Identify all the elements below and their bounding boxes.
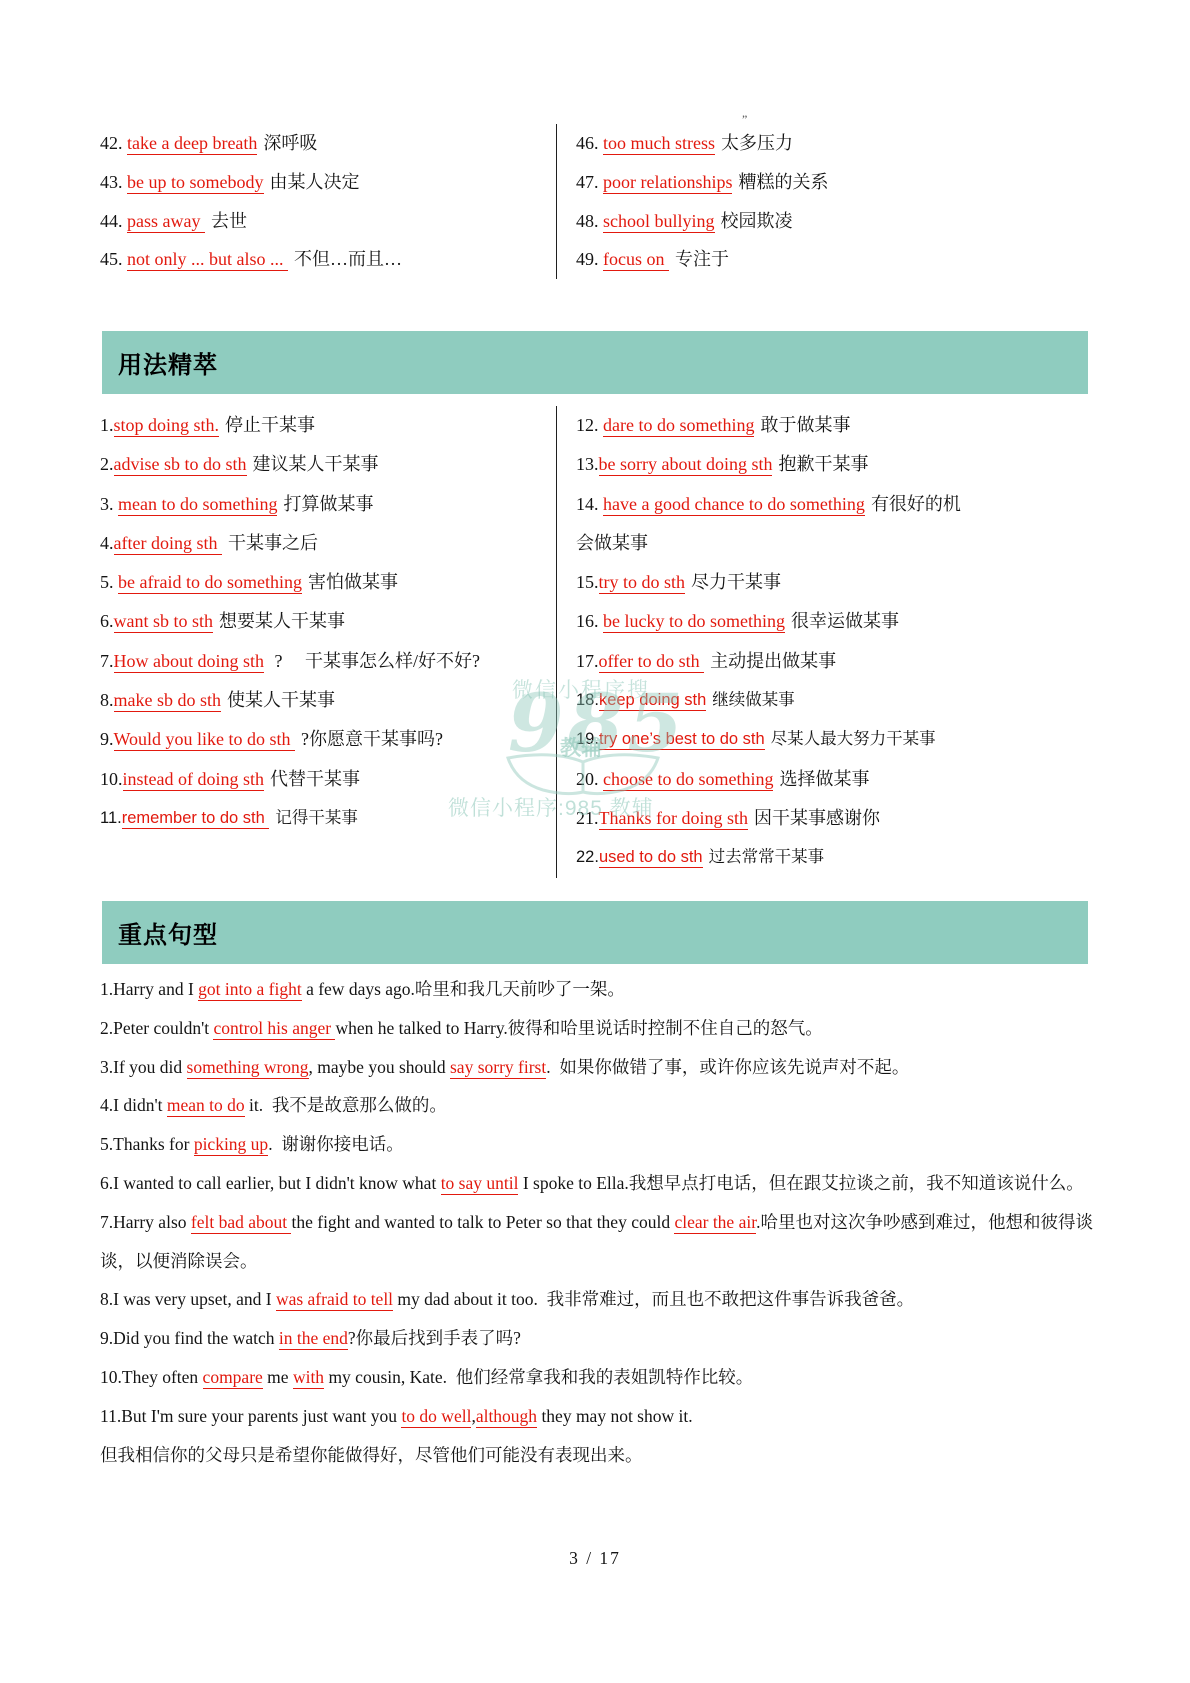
phrase-chinese: 选择做某事 (779, 769, 869, 789)
highlighted-phrase: although (476, 1406, 537, 1428)
phrase-english: too much stress (603, 133, 715, 155)
sentence-text: ?你最后找到手表了吗? (348, 1328, 521, 1348)
item-number: 6. (100, 611, 114, 631)
phrase-chinese: 因干某事感谢你 (754, 808, 880, 828)
phrase-english: pass away (127, 211, 205, 233)
sentence-text: my dad about it too. 我非常难过，而且也不敢把这件事告诉我爸… (393, 1289, 914, 1309)
phrase-chinese: 很幸运做某事 (791, 611, 899, 631)
item-number: 43. (100, 172, 127, 192)
phrase-english: be sorry about doing sth (599, 454, 773, 476)
sentence-text: the fight and wanted to talk to Peter so… (291, 1212, 674, 1232)
phrase-chinese: 害怕做某事 (308, 572, 398, 592)
phrase-english: instead of doing sth (123, 769, 265, 791)
phrase-english: dare to do something (603, 415, 754, 437)
phrase-english: not only ... but also ... (127, 249, 288, 271)
sentence-text: 11.But I'm sure your parents just want y… (100, 1406, 401, 1426)
phrase-chinese: 代替干某事 (270, 769, 360, 789)
sentence-text: 10.They often (100, 1367, 203, 1387)
phrase-chinese: 主动提出做某事 (710, 651, 836, 671)
highlighted-phrase: mean to do (167, 1095, 245, 1117)
item-number: 45. (100, 249, 127, 269)
usage-item: 21.Thanks for doing sth因干某事感谢你 (576, 799, 1092, 838)
sentence-text: when he talked to Harry.彼得和哈里说话时控制不住自己的怒… (335, 1018, 822, 1038)
phrase-chinese: 太多压力 (721, 133, 793, 153)
phrase-col-right: 46. too much stress太多压力47. poor relation… (556, 124, 1092, 279)
item-number: 44. (100, 211, 127, 231)
usage-item: 12. dare to do something敢于做某事 (576, 406, 1092, 445)
phrase-english: offer to do sth (599, 651, 705, 673)
sentence-text: , maybe you should (309, 1057, 450, 1077)
phrase-english: focus on (603, 249, 669, 271)
usage-item: 6.want sb to sth想要某人干某事 (100, 602, 556, 641)
sentence: 但我相信你的父母只是希望你能做得好，尽管他们可能没有表现出来。 (100, 1436, 1102, 1475)
phrase-english: remember to do sth (122, 809, 270, 829)
usage-item: 15.try to do sth尽力干某事 (576, 563, 1092, 602)
phrase-col-left: 42. take a deep breath深呼吸43. be up to so… (100, 124, 556, 279)
usage-item: 17.offer to do sth 主动提出做某事 (576, 642, 1092, 681)
item-number: 16. (576, 611, 603, 631)
phrase-item: 44. pass away 去世 (100, 202, 556, 241)
item-number: 13. (576, 454, 599, 474)
phrase-chinese: 想要某人干某事 (219, 611, 345, 631)
sentence-text: 3.If you did (100, 1057, 187, 1077)
usage-item: 19.try one’s best to do sth尽某人最大努力干某事 (576, 720, 1092, 759)
sentence: 1.Harry and I got into a fight a few day… (100, 970, 1102, 1009)
item-number: 15. (576, 572, 599, 592)
usage-item: 20. choose to do something选择做某事 (576, 760, 1092, 799)
phrase-chinese: 停止干某事 (225, 415, 315, 435)
sentence-text: I spoke to Ella.我想早点打电话，但在跟艾拉谈之前，我不知道该说什… (518, 1173, 1083, 1193)
usage-col-left: 1.stop doing sth.停止干某事2.advise sb to do … (100, 406, 556, 878)
usage-item: 2.advise sb to do sth建议某人干某事 (100, 445, 556, 484)
phrase-english: used to do sth (599, 848, 703, 868)
item-number: 8. (100, 690, 114, 710)
usage-item: 11.remember to do sth 记得干某事 (100, 799, 556, 838)
phrase-item: 45. not only ... but also ... 不但…而且… (100, 240, 556, 279)
section-header-sentences: 重点句型 (102, 901, 1088, 964)
phrase-chinese: ? 干某事怎么样/好不好? (270, 651, 480, 671)
phrase-english: be lucky to do something (603, 611, 785, 633)
phrase-chinese: ?你愿意干某事吗? (301, 729, 443, 749)
page-number: 3 / 17 (0, 1548, 1190, 1569)
phrase-english: Thanks for doing sth (599, 808, 748, 830)
sentence-text: 2.Peter couldn't (100, 1018, 213, 1038)
phrase-english: try to do sth (599, 572, 686, 594)
sentence-text: 9.Did you find the watch (100, 1328, 279, 1348)
sentence: 7.Harry also felt bad about the fight an… (100, 1203, 1102, 1281)
sentence-text: they may not show it. (537, 1406, 693, 1426)
sentence: 4.I didn't mean to do it. 我不是故意那么做的。 (100, 1086, 1102, 1125)
highlighted-phrase: say sorry first (450, 1057, 546, 1079)
sentence-text: . 如果你做错了事，或许你应该先说声对不起。 (546, 1057, 909, 1077)
phrase-item: 43. be up to somebody由某人决定 (100, 163, 556, 202)
usage-item: 14. have a good chance to do something有很… (576, 485, 1092, 564)
highlighted-phrase: to do well (401, 1406, 471, 1428)
item-number: 2. (100, 454, 114, 474)
highlighted-phrase: something wrong (187, 1057, 309, 1079)
highlighted-phrase: to say until (441, 1173, 519, 1195)
phrase-chinese: 尽某人最大努力干某事 (771, 730, 936, 748)
phrase-chinese: 打算做某事 (283, 494, 373, 514)
usage-item: 1.stop doing sth.停止干某事 (100, 406, 556, 445)
item-number: 10. (100, 769, 123, 789)
item-number: 1. (100, 415, 114, 435)
phrase-chinese: 敢于做某事 (760, 415, 850, 435)
sentence: 8.I was very upset, and I was afraid to … (100, 1280, 1102, 1319)
item-number: 22. (576, 848, 599, 866)
item-number: 49. (576, 249, 603, 269)
phrase-english: have a good chance to do something (603, 494, 865, 516)
section-title: 重点句型 (102, 915, 218, 950)
usage-item: 7.How about doing sth ? 干某事怎么样/好不好? (100, 642, 556, 681)
phrase-english: try one’s best to do sth (599, 730, 765, 750)
highlighted-phrase: compare (203, 1367, 263, 1389)
usage-item: 8.make sb do sth使某人干某事 (100, 681, 556, 720)
phrase-chinese: 不但…而且… (294, 249, 402, 269)
phrase-list-top: 42. take a deep breath深呼吸43. be up to so… (100, 124, 1092, 279)
usage-item: 18.keep doing sth继续做某事 (576, 681, 1092, 720)
phrase-english: choose to do something (603, 769, 773, 791)
document-page: ” 42. take a deep breath深呼吸43. be up to … (0, 0, 1190, 1683)
phrase-chinese: 建议某人干某事 (253, 454, 379, 474)
sentence: 9.Did you find the watch in the end?你最后找… (100, 1319, 1102, 1358)
usage-item: 5. be afraid to do something害怕做某事 (100, 563, 556, 602)
sentence-text: me (263, 1367, 293, 1387)
usage-list: 1.stop doing sth.停止干某事2.advise sb to do … (100, 406, 1092, 878)
phrase-chinese: 深呼吸 (263, 133, 317, 153)
item-number: 17. (576, 651, 599, 671)
sentence-list: 1.Harry and I got into a fight a few day… (100, 970, 1102, 1474)
phrase-english: keep doing sth (599, 691, 706, 711)
phrase-chinese: 由某人决定 (270, 172, 360, 192)
phrase-english: school bullying (603, 211, 715, 233)
usage-item: 3. mean to do something打算做某事 (100, 485, 556, 524)
item-number: 11. (100, 809, 122, 827)
item-number: 48. (576, 211, 603, 231)
section-title: 用法精萃 (102, 345, 218, 380)
phrase-chinese: 干某事之后 (228, 533, 318, 553)
phrase-english: poor relationships (603, 172, 732, 194)
highlighted-phrase: felt bad about (191, 1212, 292, 1234)
highlighted-phrase: was afraid to tell (276, 1289, 393, 1311)
sentence: 3.If you did something wrong, maybe you … (100, 1048, 1102, 1087)
phrase-chinese: 校园欺凌 (721, 211, 793, 231)
sentence-text: 8.I was very upset, and I (100, 1289, 276, 1309)
phrase-item: 49. focus on 专注于 (576, 240, 1092, 279)
item-number: 47. (576, 172, 603, 192)
highlighted-phrase: in the end (279, 1328, 348, 1350)
usage-item: 16. be lucky to do something很幸运做某事 (576, 602, 1092, 641)
phrase-chinese: 专注于 (675, 249, 729, 269)
phrase-english: want sb to sth (114, 611, 214, 633)
highlighted-phrase: with (293, 1367, 324, 1389)
phrase-chinese: 过去常常干某事 (709, 848, 825, 866)
phrase-chinese: 继续做某事 (712, 691, 795, 709)
item-number: 21. (576, 808, 599, 828)
phrase-english: How about doing sth (114, 651, 265, 673)
usage-col-right: 12. dare to do something敢于做某事13.be sorry… (556, 406, 1092, 878)
phrase-item: 47. poor relationships糟糕的关系 (576, 163, 1092, 202)
sentence: 5.Thanks for picking up. 谢谢你接电话。 (100, 1125, 1102, 1164)
item-number: 42. (100, 133, 127, 153)
item-number: 18. (576, 691, 599, 709)
highlighted-phrase: clear the air (674, 1212, 756, 1234)
sentence-text: 1.Harry and I (100, 979, 198, 999)
phrase-item: 46. too much stress太多压力 (576, 124, 1092, 163)
sentence-text: my cousin, Kate. 他们经常拿我和我的表姐凯特作比较。 (324, 1367, 753, 1387)
phrase-item: 48. school bullying校园欺凌 (576, 202, 1092, 241)
sentence-text: 7.Harry also (100, 1212, 191, 1232)
item-number: 14. (576, 494, 603, 514)
sentence-text: it. 我不是故意那么做的。 (245, 1095, 447, 1115)
usage-item: 9.Would you like to do sth ?你愿意干某事吗? (100, 720, 556, 759)
phrase-chinese: 糟糕的关系 (738, 172, 828, 192)
phrase-chinese: 尽力干某事 (691, 572, 781, 592)
item-number: 46. (576, 133, 603, 153)
sentence-text: 5.Thanks for (100, 1134, 194, 1154)
phrase-english: stop doing sth. (114, 415, 220, 437)
phrase-english: take a deep breath (127, 133, 257, 155)
item-number: 5. (100, 572, 118, 592)
sentence-text: 6.I wanted to call earlier, but I didn't… (100, 1173, 441, 1193)
sentence-text: 4.I didn't (100, 1095, 167, 1115)
usage-item: 4.after doing sth 干某事之后 (100, 524, 556, 563)
usage-item: 10.instead of doing sth代替干某事 (100, 760, 556, 799)
phrase-item: 42. take a deep breath深呼吸 (100, 124, 556, 163)
section-header-usage: 用法精萃 (102, 331, 1088, 394)
item-number: 12. (576, 415, 603, 435)
phrase-chinese: 去世 (211, 211, 247, 231)
phrase-english: mean to do something (118, 494, 277, 516)
usage-item: 22.used to do sth过去常常干某事 (576, 838, 1092, 877)
highlighted-phrase: control his anger (213, 1018, 335, 1040)
item-number: 9. (100, 729, 114, 749)
sentence: 10.They often compare me with my cousin,… (100, 1358, 1102, 1397)
phrase-english: be afraid to do something (118, 572, 302, 594)
phrase-chinese: 记得干某事 (275, 809, 358, 827)
usage-item: 13.be sorry about doing sth抱歉干某事 (576, 445, 1092, 484)
item-number: 7. (100, 651, 114, 671)
phrase-chinese: 使某人干某事 (227, 690, 335, 710)
phrase-english: be up to somebody (127, 172, 264, 194)
item-number: 20. (576, 769, 603, 789)
phrase-english: Would you like to do sth (114, 729, 296, 751)
sentence-text: a few days ago.哈里和我几天前吵了一架。 (302, 979, 625, 999)
item-number: 4. (100, 533, 114, 553)
sentence: 11.But I'm sure your parents just want y… (100, 1397, 1102, 1436)
sentence: 2.Peter couldn't control his anger when … (100, 1009, 1102, 1048)
highlighted-phrase: got into a fight (198, 979, 302, 1001)
highlighted-phrase: picking up (194, 1134, 268, 1156)
sentence-text: 但我相信你的父母只是希望你能做得好，尽管他们可能没有表现出来。 (100, 1445, 643, 1465)
sentence-text: . 谢谢你接电话。 (268, 1134, 404, 1154)
item-number: 19. (576, 730, 599, 748)
item-number: 3. (100, 494, 118, 514)
phrase-english: advise sb to do sth (114, 454, 247, 476)
phrase-english: after doing sth (114, 533, 222, 555)
sentence: 6.I wanted to call earlier, but I didn't… (100, 1164, 1102, 1203)
phrase-english: make sb do sth (114, 690, 222, 712)
phrase-chinese: 抱歉干某事 (778, 454, 868, 474)
